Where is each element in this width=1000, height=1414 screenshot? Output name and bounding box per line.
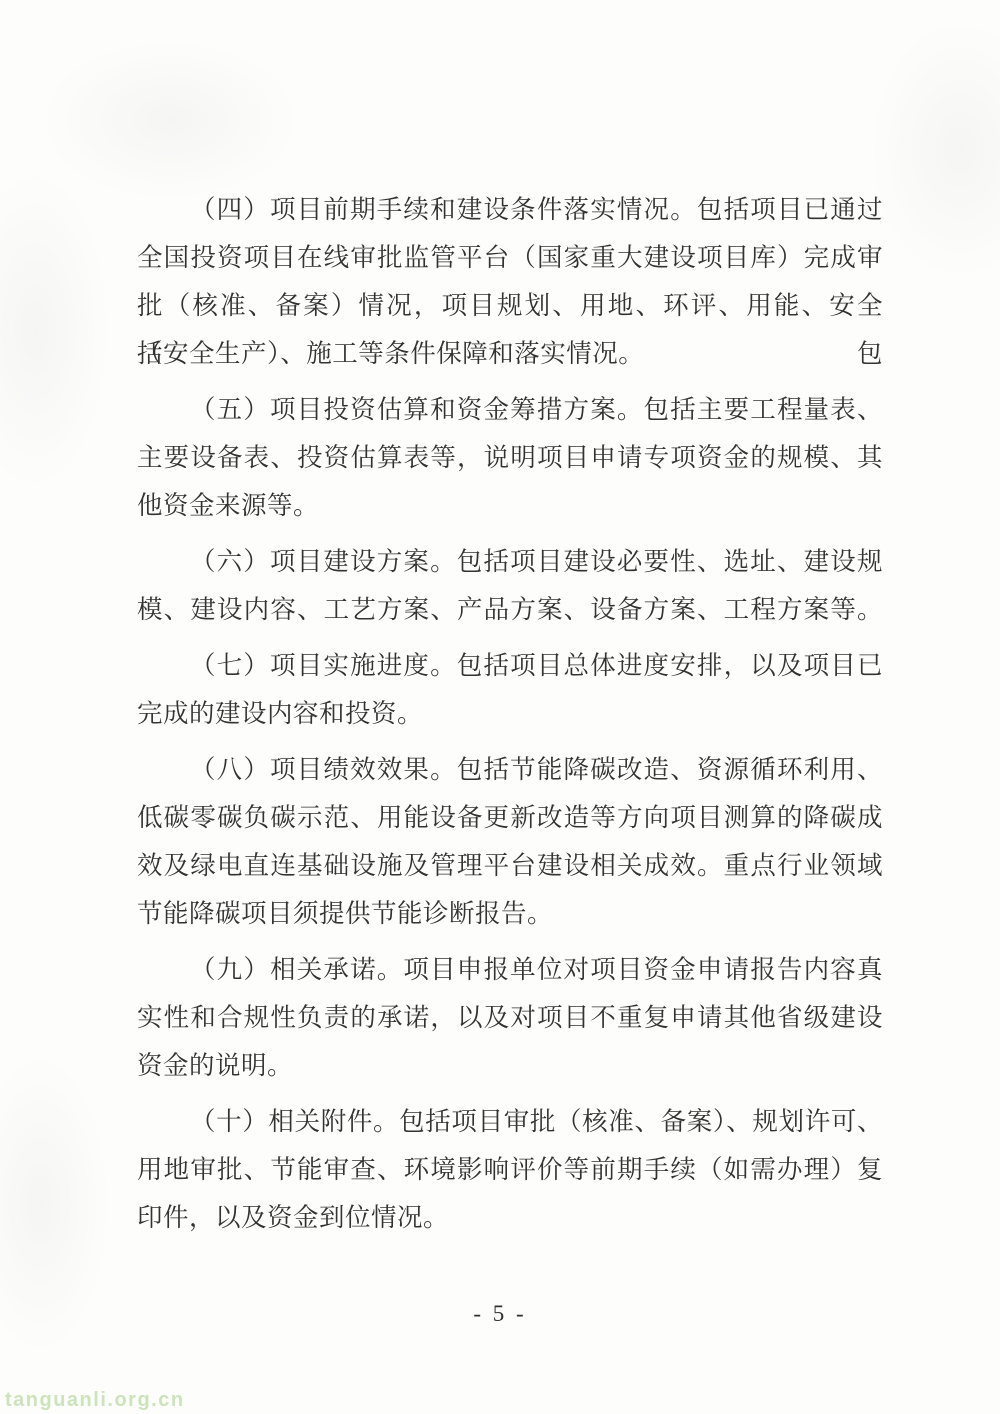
text-line: 完成的建设内容和投资。 <box>137 690 883 738</box>
text-line: （四）项目前期手续和建设条件落实情况。包括项目已通过 <box>137 186 883 234</box>
watermark: tanguanli.org.cn <box>5 1389 185 1412</box>
text-line: 资金的说明。 <box>137 1042 883 1090</box>
text-line: （五）项目投资估算和资金筹措方案。包括主要工程量表、 <box>137 386 883 434</box>
scan-noise <box>870 20 1000 280</box>
text-line: （十）相关附件。包括项目审批（核准、备案）、规划许可、 <box>137 1098 883 1146</box>
page-number: - 5 - <box>0 1301 1000 1327</box>
text-line: 效及绿电直连基础设施及管理平台建设相关成效。重点行业领域 <box>137 842 883 890</box>
text-line: 全国投资项目在线审批监管平台（国家重大建设项目库）完成审 <box>137 234 883 282</box>
document-body: （四）项目前期手续和建设条件落实情况。包括项目已通过 全国投资项目在线审批监管平… <box>137 186 883 1250</box>
text-line: 实性和合规性负责的承诺，以及对项目不重复申请其他省级建设 <box>137 994 883 1042</box>
paragraph-seven: （七）项目实施进度。包括项目总体进度安排，以及项目已 完成的建设内容和投资。 <box>137 642 883 738</box>
text-line: 用地审批、节能审查、环境影响评价等前期手续（如需办理）复 <box>137 1146 883 1194</box>
text-line: 批（核准、备案）情况，项目规划、用地、环评、用能、安全（包 <box>137 282 883 330</box>
text-line: 低碳零碳负碳示范、用能设备更新改造等方向项目测算的降碳成 <box>137 794 883 842</box>
text-line: 模、建设内容、工艺方案、产品方案、设备方案、工程方案等。 <box>137 586 883 634</box>
text-line: （七）项目实施进度。包括项目总体进度安排，以及项目已 <box>137 642 883 690</box>
text-line: （八）项目绩效效果。包括节能降碳改造、资源循环利用、 <box>137 746 883 794</box>
paragraph-nine: （九）相关承诺。项目申报单位对项目资金申请报告内容真 实性和合规性负责的承诺，以… <box>137 946 883 1090</box>
text-line: 他资金来源等。 <box>137 482 883 530</box>
text-line: 印件，以及资金到位情况。 <box>137 1194 883 1242</box>
text-line: 主要设备表、投资估算表等，说明项目申请专项资金的规模、其 <box>137 434 883 482</box>
scan-noise <box>40 40 300 200</box>
paragraph-five: （五）项目投资估算和资金筹措方案。包括主要工程量表、 主要设备表、投资估算表等，… <box>137 386 883 530</box>
scan-noise <box>0 170 110 490</box>
text-line: （九）相关承诺。项目申报单位对项目资金申请报告内容真 <box>137 946 883 994</box>
paragraph-eight: （八）项目绩效效果。包括节能降碳改造、资源循环利用、 低碳零碳负碳示范、用能设备… <box>137 746 883 938</box>
text-line: （六）项目建设方案。包括项目建设必要性、选址、建设规 <box>137 538 883 586</box>
paragraph-six: （六）项目建设方案。包括项目建设必要性、选址、建设规 模、建设内容、工艺方案、产… <box>137 538 883 634</box>
paragraph-ten: （十）相关附件。包括项目审批（核准、备案）、规划许可、 用地审批、节能审查、环境… <box>137 1098 883 1242</box>
text-line: 节能降碳项目须提供节能诊断报告。 <box>137 890 883 938</box>
document-page: （四）项目前期手续和建设条件落实情况。包括项目已通过 全国投资项目在线审批监管平… <box>0 0 1000 1414</box>
paragraph-four: （四）项目前期手续和建设条件落实情况。包括项目已通过 全国投资项目在线审批监管平… <box>137 186 883 378</box>
